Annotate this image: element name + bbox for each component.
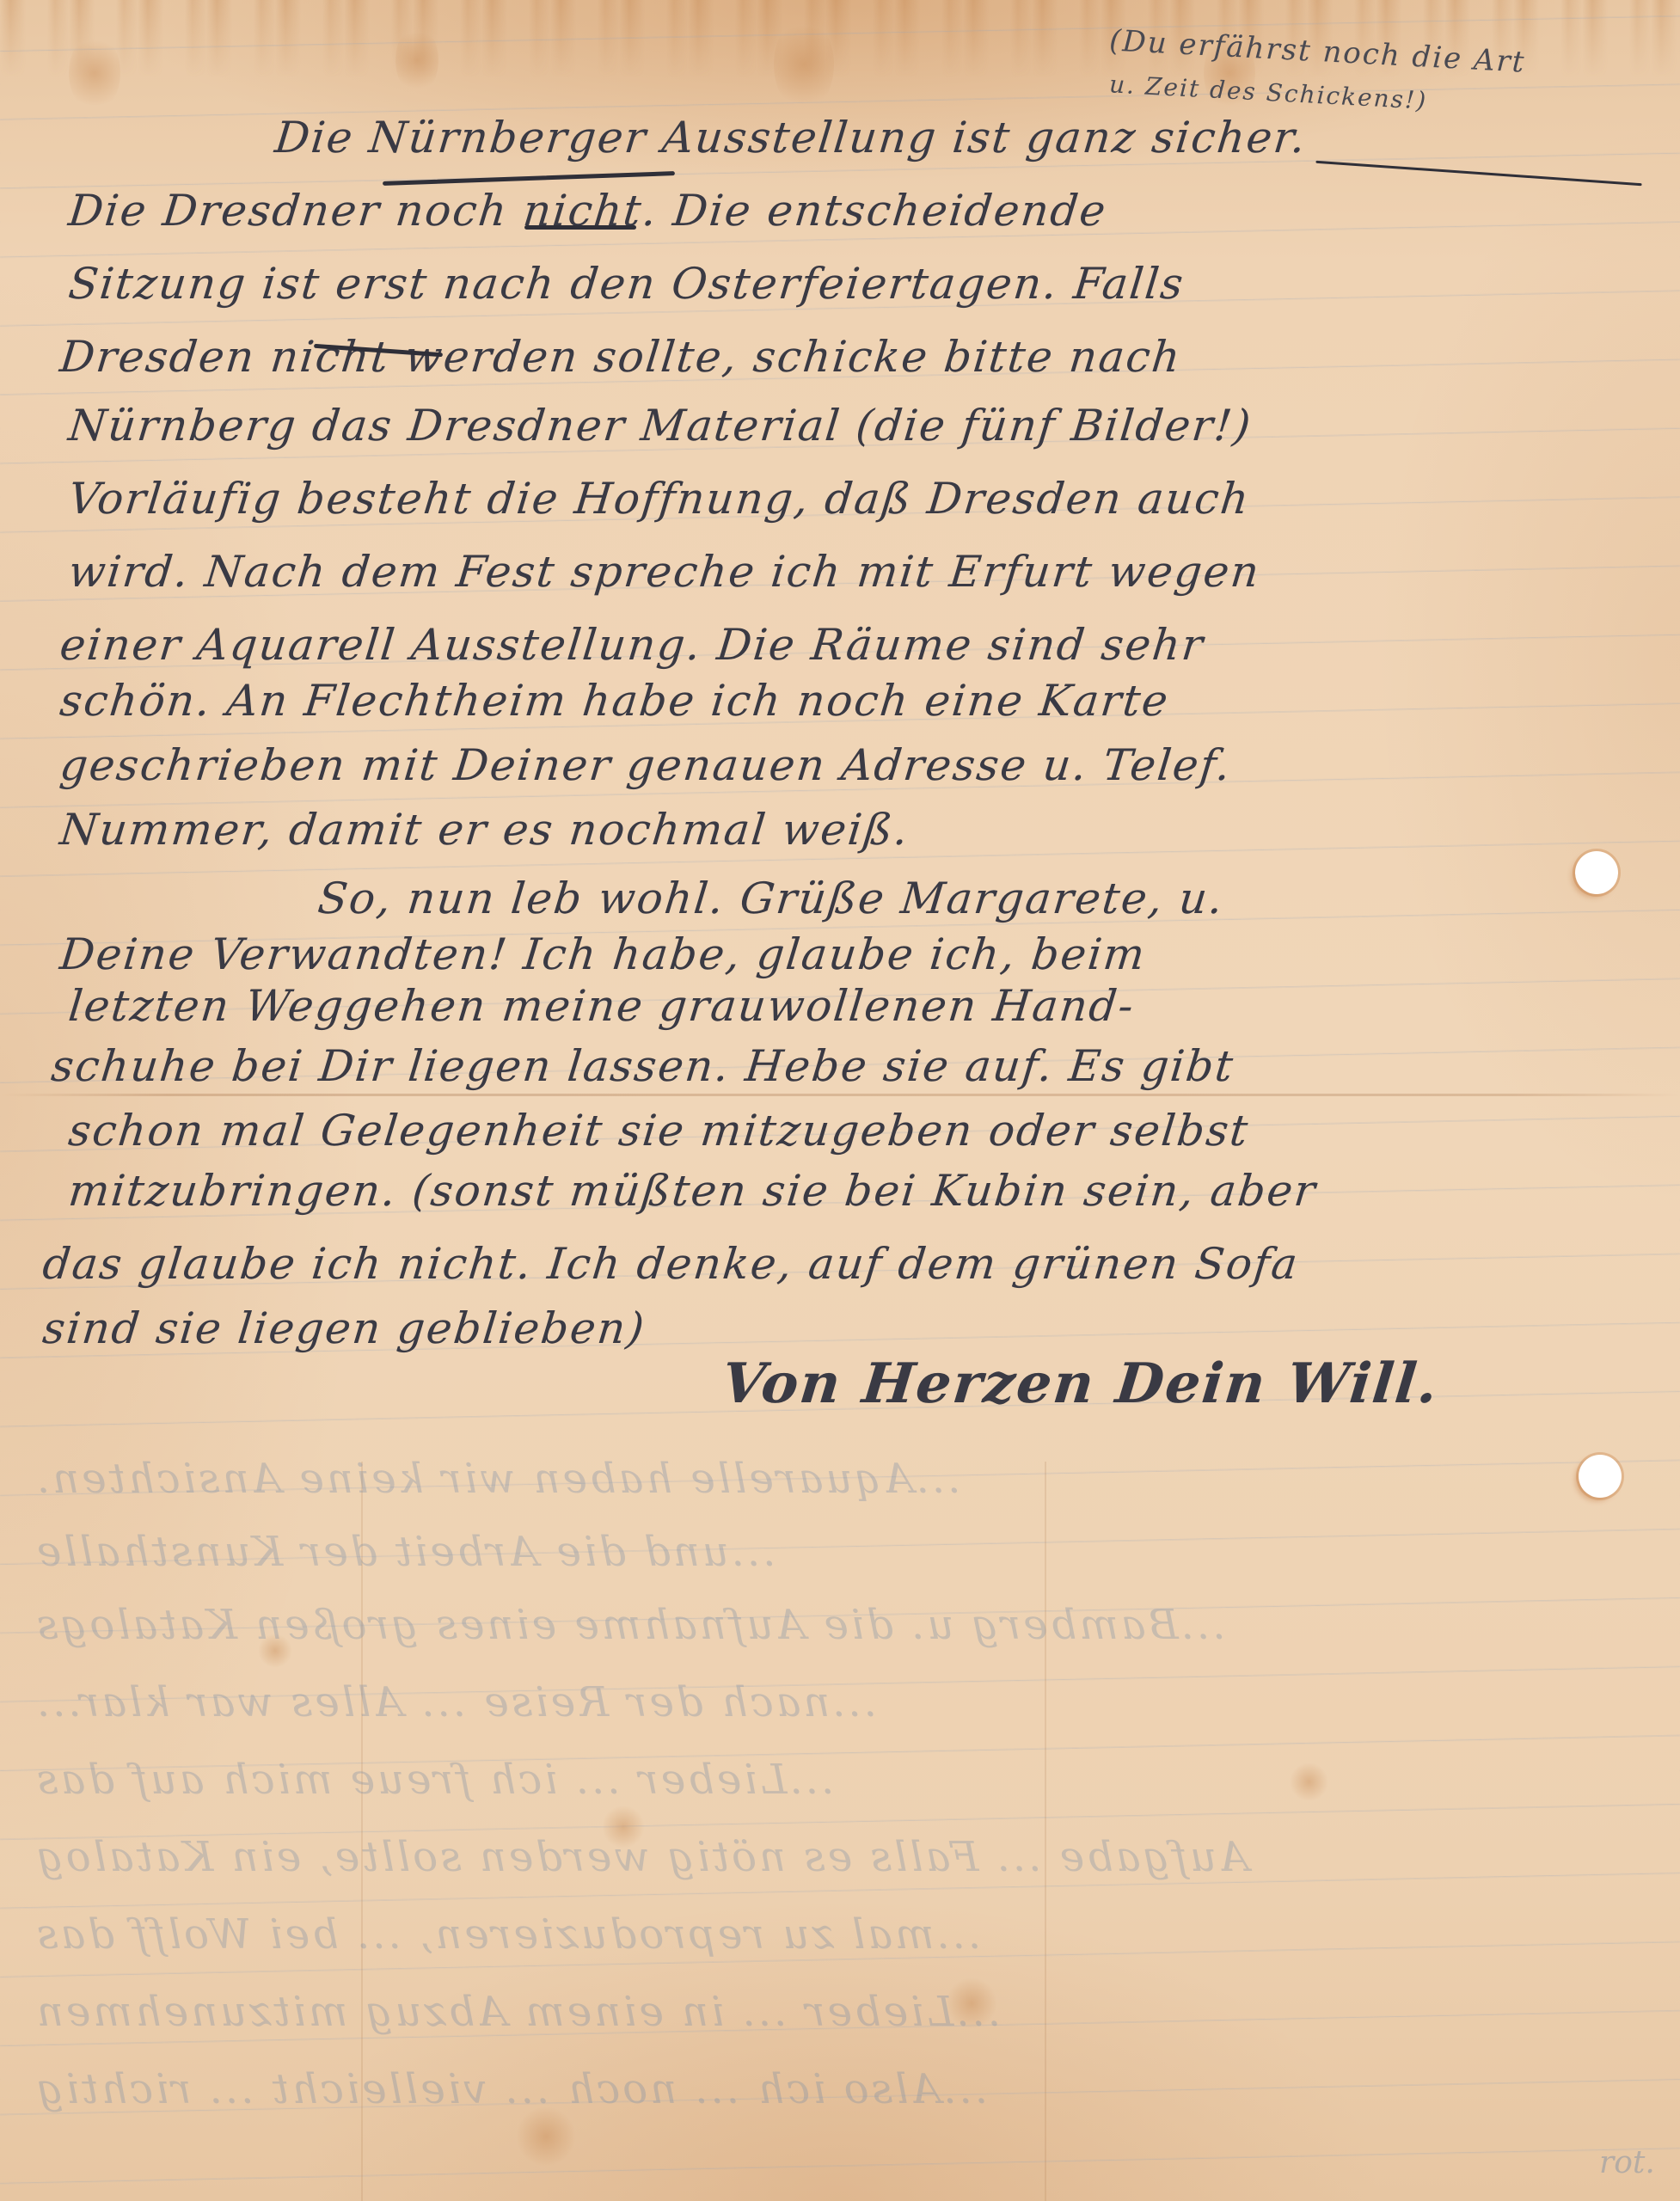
letter-page: ...Aquarelle haben wir keine Ansichten. … [0, 0, 1680, 2201]
bleed-through-line: ...Aquarelle haben wir keine Ansichten. [34, 1453, 961, 1505]
letter-line: letzten Weggehen meine grauwollenen Hand… [66, 980, 1137, 1032]
foxing-spot [1290, 1763, 1328, 1801]
letter-line: wird. Nach dem Fest spreche ich mit Erfu… [66, 546, 1263, 598]
foxing-spot [395, 26, 438, 95]
bleed-through-line: ...Also ich ... noch ... vielleicht ... … [34, 2063, 988, 2115]
signature-closing: Von Herzen Dein Will. [720, 1358, 1442, 1410]
underline-nuernberger [383, 171, 675, 186]
letter-line: Nürnberg das Dresdner Material (die fünf… [66, 400, 1254, 451]
letter-line: schon mal Gelegenheit sie mitzugeben ode… [66, 1105, 1252, 1156]
overline-mark [524, 225, 636, 230]
bleed-through-line: ...nach der Reise ... Alles war klar... [34, 1677, 877, 1728]
letter-line: schön. An Flechtheim habe ich noch eine … [58, 675, 1172, 727]
letter-line: Vorläufig besteht die Hoffnung, daß Dres… [66, 473, 1253, 524]
letter-line: Nummer, damit er es nochmal weiß. [58, 804, 912, 855]
letter-line: einer Aquarell Ausstellung. Die Räume si… [58, 619, 1207, 671]
letter-line: Deine Verwandten! Ich habe, glaube ich, … [58, 929, 1149, 980]
bleed-through-line: Aufgabe ... Falls es nötig werden sollte… [34, 1831, 1249, 1883]
letter-line: Dresden nicht werden sollte, schicke bit… [58, 331, 1184, 383]
letter-line: schuhe bei Dir liegen lassen. Hebe sie a… [49, 1040, 1237, 1092]
bleed-through-line: ...Lieber ... ich freue mich auf das [34, 1754, 834, 1806]
bleed-through-line: ...und die Arbeit der Kunsthalle [34, 1526, 776, 1578]
punch-hole [1579, 1455, 1622, 1498]
bleed-through-line: ...Bamberg u. die Aufnahme eines großen … [34, 1599, 1226, 1651]
foxing-spot [69, 34, 120, 112]
horizontal-fold-crease [0, 1094, 1680, 1096]
bleed-through-line: ...Lieber ... in einem Abzug mitzunehmen [34, 1986, 1001, 2038]
page-mark: rot. [1599, 2145, 1655, 2180]
letter-line: geschrieben mit Deiner genauen Adresse u… [58, 739, 1235, 791]
letter-line: mitzubringen. (sonst müßten sie bei Kubi… [66, 1165, 1320, 1217]
punch-hole [1575, 851, 1618, 894]
foxing-spot [774, 17, 834, 112]
letter-line: Die Nürnberger Ausstellung ist ganz sich… [273, 112, 1309, 163]
letter-line: So, nun leb wohl. Grüße Margarete, u. [316, 873, 1227, 924]
letter-line: das glaube ich nicht. Ich denke, auf dem… [40, 1238, 1302, 1290]
letter-line: sind sie liegen geblieben) [40, 1303, 648, 1354]
bleed-through-line: ...mal zu reproduzieren, ... bei Wolff d… [34, 1909, 981, 1960]
underline-ganz [1315, 161, 1641, 187]
letter-line: Sitzung ist erst nach den Osterfeiertage… [66, 258, 1187, 310]
foxing-spot [516, 2106, 576, 2167]
